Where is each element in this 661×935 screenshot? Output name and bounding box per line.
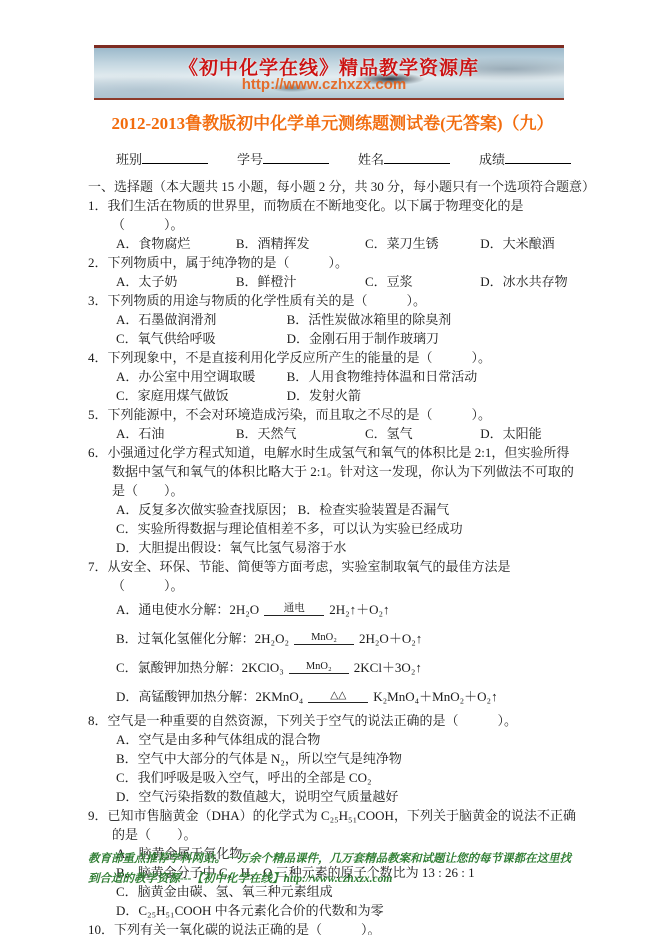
question-stem: 10．下列有关一氧化碳的说法正确的是（ ）。 [88, 920, 577, 935]
footer-promo: 教育部重点推荐学科网站。一万余个精品课件，几万套精品教案和试题让您的每节课都在这… [88, 849, 574, 889]
reaction-condition: 通电 [264, 603, 324, 616]
question-stem: 4．下列现象中，不是直接利用化学反应所产生的能量的是（ ）。 [88, 348, 577, 367]
option: C．菜刀生锈 [365, 234, 480, 253]
option: A．反复多次做实验查找原因； B．检查实验装置是否漏气 [88, 500, 577, 519]
question-8: 8．空气是一种重要的自然资源，下列关于空气的说法正确的是（ ）。A．空气是由多种… [88, 711, 577, 806]
question-6: 6．小强通过化学方程式知道，电解水时生成氢气和氧气的体积比是 2:1，但实验所得… [88, 443, 577, 557]
form-field-blank [263, 150, 329, 164]
test-paper-page: 《初中化学在线》精品教学资源库 http://www.czhxzx.com 20… [0, 0, 661, 935]
question-stem: 9．已知市售脑黄金（DHA）的化学式为 C₂₅H₅₁COOH，下列关于脑黄金的说… [88, 806, 577, 844]
equation-prefix: A．通电使水分解： [116, 600, 229, 619]
option: D．大米酿酒 [480, 234, 577, 253]
student-info-row: 班别学号姓名成绩 [88, 149, 577, 168]
question-stem: 1．我们生活在物质的世界里，而物质在不断地变化。以下属于物理变化的是（ ）。 [88, 196, 577, 234]
page-title: 2012-2013鲁教版初中化学单元测练题测试卷(无答案)（九） [88, 109, 577, 134]
question-options: A．石油B．天然气C．氢气D．太阳能 [88, 424, 577, 443]
equation-rhs: 2H₂O＋O₂↑ [359, 629, 422, 648]
form-field-label: 班别 [116, 152, 142, 167]
option: B．空气中大部分的气体是 N₂，所以空气是纯净物 [88, 749, 577, 768]
form-field-blank [384, 150, 450, 164]
equation-prefix: D．高锰酸钾加热分解： [116, 687, 255, 706]
question-stem: 7．从安全、环保、节能、简便等方面考虑，实验室制取氧气的最佳方法是（ ）。 [88, 557, 577, 595]
form-field: 学号 [237, 149, 329, 168]
question-5: 5．下列能源中，不会对环境造成污染，而且取之不尽的是（ ）。A．石油B．天然气C… [88, 405, 577, 443]
option: A．空气是由多种气体组成的混合物 [88, 730, 577, 749]
reaction-condition: MnO₂ [289, 661, 349, 674]
form-field-label: 成绩 [479, 152, 505, 167]
option-equation: B．过氧化氢催化分解：2H₂O₂MnO₂2H₂O＋O₂↑ [88, 624, 577, 653]
option: A．石墨做润滑剂 [116, 310, 287, 329]
option: A．食物腐烂 [116, 234, 236, 253]
option: D．太阳能 [480, 424, 577, 443]
question-stem: 2．下列物质中，属于纯净物的是（ ）。 [88, 253, 577, 272]
question-stem: 6．小强通过化学方程式知道，电解水时生成氢气和氧气的体积比是 2:1，但实验所得… [88, 443, 577, 500]
question-options: A．太子奶B．鲜橙汁C．豆浆D．冰水共存物 [88, 272, 577, 291]
equation-lhs: 2KMnO₄ [255, 687, 303, 706]
question-7: 7．从安全、环保、节能、简便等方面考虑，实验室制取氧气的最佳方法是（ ）。A．通… [88, 557, 577, 711]
option: C．氧气供给呼吸 [116, 329, 287, 348]
question-4: 4．下列现象中，不是直接利用化学反应所产生的能量的是（ ）。A．办公室中用空调取… [88, 348, 577, 405]
question-options: A．食物腐烂B．酒精挥发C．菜刀生锈D．大米酿酒 [88, 234, 577, 253]
equation-lhs: 2H₂O [229, 600, 259, 619]
questions-list: 1．我们生活在物质的世界里，而物质在不断地变化。以下属于物理变化的是（ ）。A．… [88, 196, 577, 935]
form-field: 班别 [116, 149, 208, 168]
question-10: 10．下列有关一氧化碳的说法正确的是（ ）。 [88, 920, 577, 935]
option: C．实验所得数据与理论值相差不多，可以认为实验已经成功 [88, 519, 577, 538]
question-stem: 8．空气是一种重要的自然资源，下列关于空气的说法正确的是（ ）。 [88, 711, 577, 730]
option: A．办公室中用空调取暖 [116, 367, 287, 386]
site-banner-image: 《初中化学在线》精品教学资源库 http://www.czhxzx.com [94, 45, 564, 100]
reaction-condition: △△ [308, 690, 368, 703]
option-equation: D．高锰酸钾加热分解：2KMnO₄△△K₂MnO₄＋MnO₂＋O₂↑ [88, 682, 577, 711]
equation-rhs: 2KCl＋3O₂↑ [354, 658, 422, 677]
option: D．空气污染指数的数值越大，说明空气质量越好 [88, 787, 577, 806]
equation-rhs: 2H₂↑＋O₂↑ [329, 600, 389, 619]
equation-lhs: 2H₂O₂ [255, 629, 289, 648]
form-field-label: 学号 [237, 152, 263, 167]
question-1: 1．我们生活在物质的世界里，而物质在不断地变化。以下属于物理变化的是（ ）。A．… [88, 196, 577, 253]
question-options: A．办公室中用空调取暖B．人用食物维持体温和日常活动C．家庭用煤气做饭D．发射火… [88, 367, 577, 405]
option: D．C₂₅H₅₁COOH 中各元素化合价的代数和为零 [88, 901, 577, 920]
option: B．鲜橙汁 [236, 272, 365, 291]
question-options: A．石墨做润滑剂B．活性炭做冰箱里的除臭剂C．氧气供给呼吸D．金刚石用于制作玻璃… [88, 310, 577, 348]
question-stem: 5．下列能源中，不会对环境造成污染，而且取之不尽的是（ ）。 [88, 405, 577, 424]
section-header: 一、选择题（本大题共 15 小题，每小题 2 分，共 30 分，每小题只有一个选… [88, 177, 577, 196]
form-field: 成绩 [479, 149, 571, 168]
question-2: 2．下列物质中，属于纯净物的是（ ）。A．太子奶B．鲜橙汁C．豆浆D．冰水共存物 [88, 253, 577, 291]
banner-url-link[interactable]: http://www.czhxzx.com [94, 76, 554, 93]
question-body: 一、选择题（本大题共 15 小题，每小题 2 分，共 30 分，每小题只有一个选… [88, 177, 577, 935]
option: C．我们呼吸是吸入空气，呼出的全部是 CO₂ [88, 768, 577, 787]
option: D．冰水共存物 [480, 272, 577, 291]
option: A．石油 [116, 424, 236, 443]
option: B．天然气 [236, 424, 365, 443]
form-field-label: 姓名 [358, 152, 384, 167]
reaction-condition: MnO₂ [294, 632, 354, 645]
question-options: A．反复多次做实验查找原因； B．检查实验装置是否漏气C．实验所得数据与理论值相… [88, 500, 577, 557]
question-options: A．空气是由多种气体组成的混合物B．空气中大部分的气体是 N₂，所以空气是纯净物… [88, 730, 577, 806]
option: C．氢气 [365, 424, 480, 443]
option: B．酒精挥发 [236, 234, 365, 253]
option: D．发射火箭 [287, 386, 577, 405]
option: D．大胆提出假设：氧气比氢气易溶于水 [88, 538, 577, 557]
option: A．太子奶 [116, 272, 236, 291]
option: B．活性炭做冰箱里的除臭剂 [287, 310, 577, 329]
form-field-blank [505, 150, 571, 164]
form-field: 姓名 [358, 149, 450, 168]
question-3: 3．下列物质的用途与物质的化学性质有关的是（ ）。A．石墨做润滑剂B．活性炭做冰… [88, 291, 577, 348]
option: C．家庭用煤气做饭 [116, 386, 287, 405]
equation-prefix: B．过氧化氢催化分解： [116, 629, 255, 648]
option: C．豆浆 [365, 272, 480, 291]
equation-prefix: C．氯酸钾加热分解： [116, 658, 242, 677]
page-content: 《初中化学在线》精品教学资源库 http://www.czhxzx.com 20… [88, 45, 577, 935]
option-equation: C．氯酸钾加热分解：2KClO₃MnO₂2KCl＋3O₂↑ [88, 653, 577, 682]
question-stem: 3．下列物质的用途与物质的化学性质有关的是（ ）。 [88, 291, 577, 310]
option-equation: A．通电使水分解：2H₂O通电2H₂↑＋O₂↑ [88, 595, 577, 624]
option: B．人用食物维持体温和日常活动 [287, 367, 577, 386]
form-field-blank [142, 150, 208, 164]
equation-rhs: K₂MnO₄＋MnO₂＋O₂↑ [373, 687, 497, 706]
footer-url-link[interactable]: http://www.czhxzx.com [284, 873, 393, 885]
option: D．金刚石用于制作玻璃刀 [287, 329, 577, 348]
equation-lhs: 2KClO₃ [242, 658, 284, 677]
